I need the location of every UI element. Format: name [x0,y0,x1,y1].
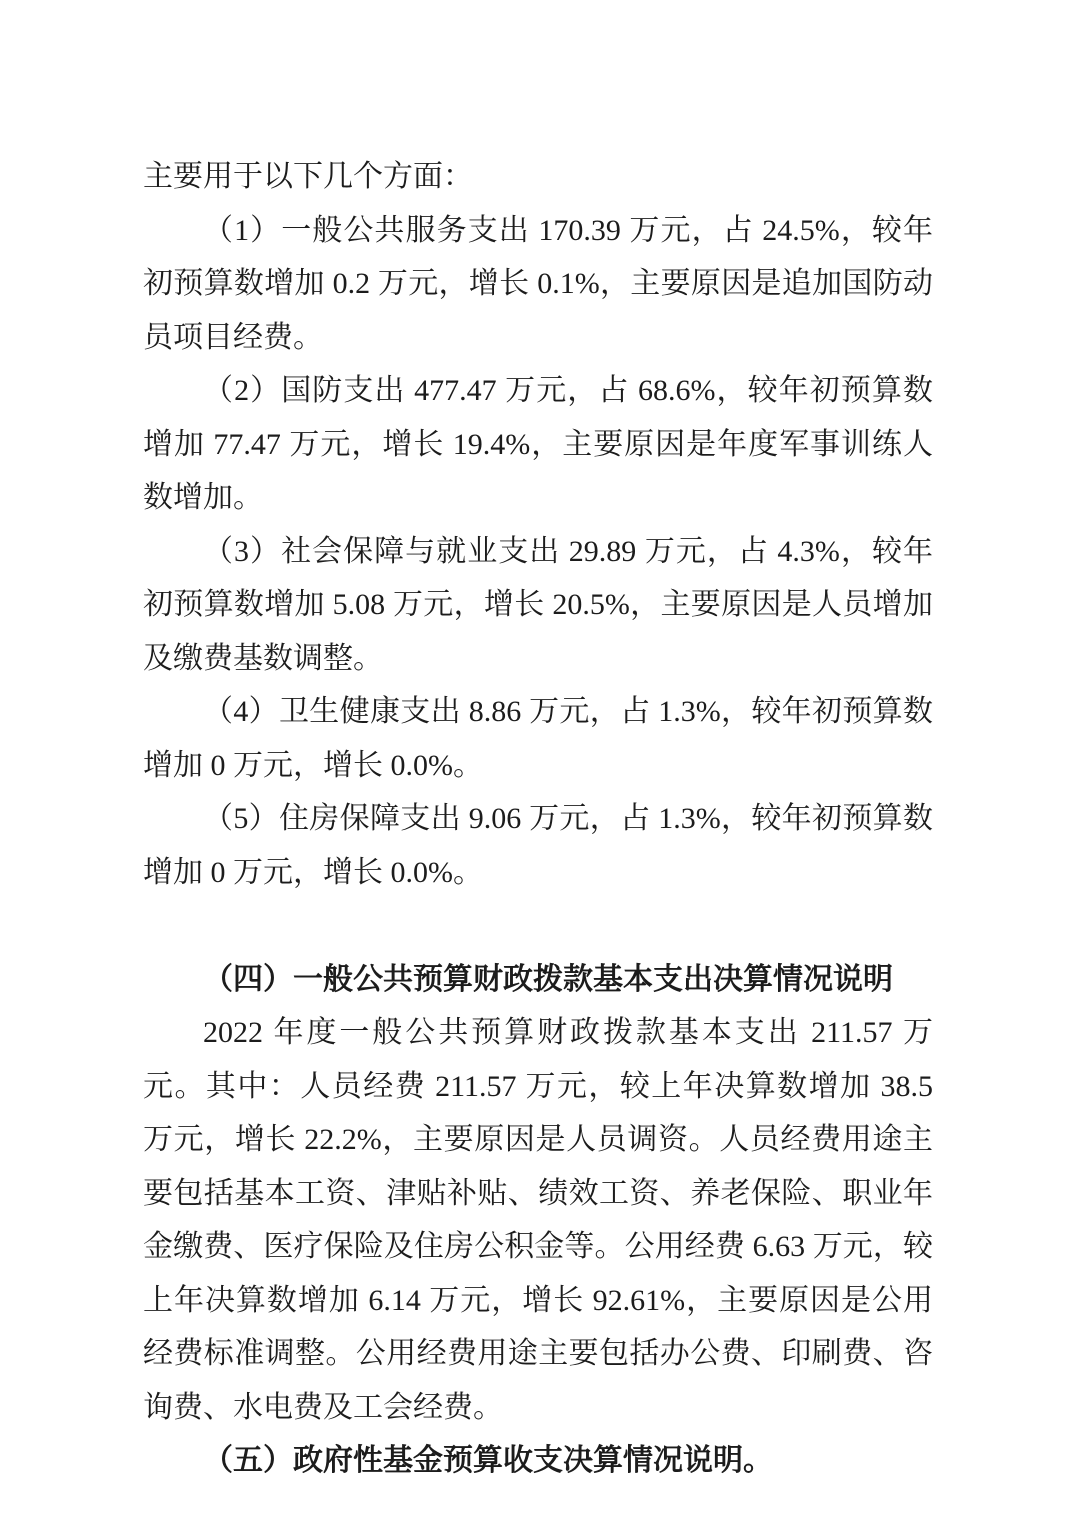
paragraph-basic-expenditure-detail: 2022 年度一般公共预算财政拨款基本支出 211.57 万元。其中：人员经费 … [143,1006,933,1434]
paragraph-item-2-national-defense: （2）国防支出 477.47 万元，占 68.6%，较年初预算数增加 77.47… [143,364,933,525]
blank-line [143,899,933,953]
section-heading-4-basic-expenditure: （四）一般公共预算财政拨款基本支出决算情况说明 [143,953,933,1007]
document-page: { "page": { "background_color": "#ffffff… [0,0,1074,1520]
paragraph-item-1-general-public-services: （1）一般公共服务支出 170.39 万元，占 24.5%，较年初预算数增加 0… [143,204,933,365]
paragraph-intro: 主要用于以下几个方面： [143,150,933,204]
section-heading-5-government-fund-budget: （五）政府性基金预算收支决算情况说明。 [143,1434,933,1488]
document-body: 主要用于以下几个方面： （1）一般公共服务支出 170.39 万元，占 24.5… [143,150,933,1488]
paragraph-item-5-housing-security: （5）住房保障支出 9.06 万元，占 1.3%，较年初预算数增加 0 万元，增… [143,792,933,899]
paragraph-item-3-social-security-employment: （3）社会保障与就业支出 29.89 万元，占 4.3%，较年初预算数增加 5.… [143,525,933,686]
paragraph-item-4-health: （4）卫生健康支出 8.86 万元，占 1.3%，较年初预算数增加 0 万元，增… [143,685,933,792]
